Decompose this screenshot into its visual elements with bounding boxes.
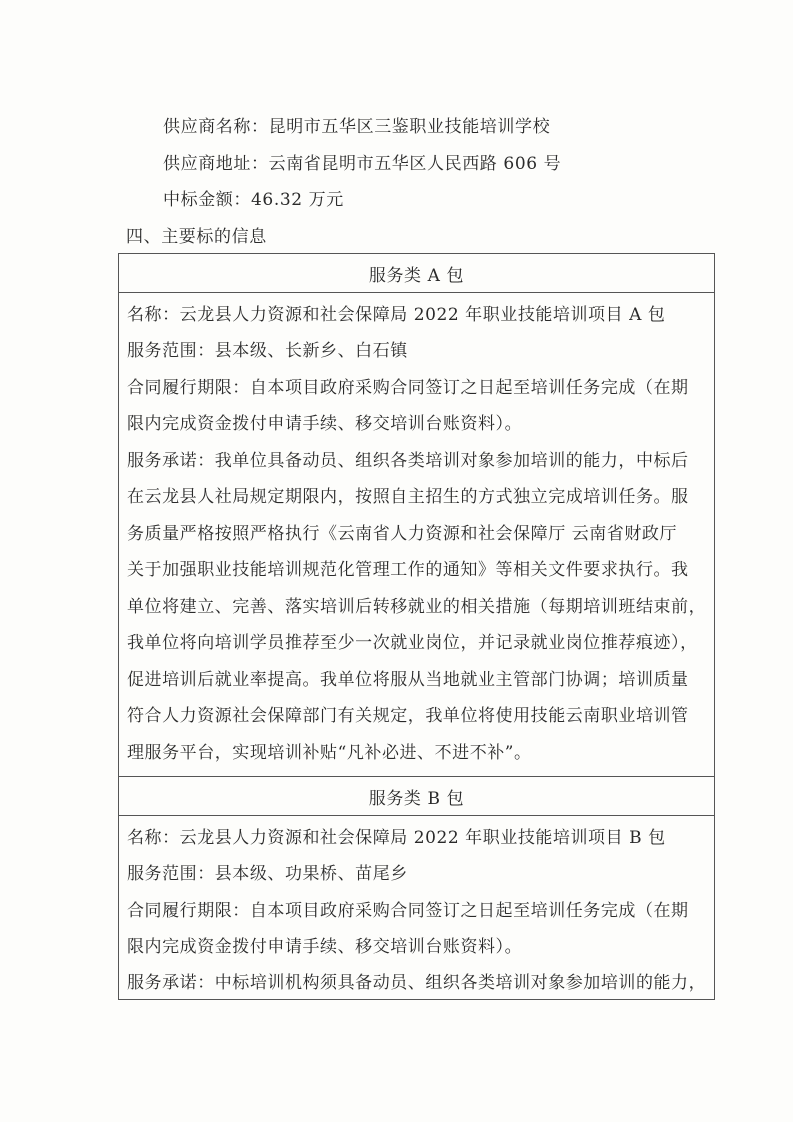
package-b-line: 限内完成资金拨付申请手续、移交培训台账资料）。: [127, 937, 522, 957]
package-a-line: 务质量严格按照严格执行《云南省人力资源和社会保障厅 云南省财政厅: [127, 524, 677, 544]
package-a-line: 合同履行期限：自本项目政府采购合同签订之日起至培训任务完成（在期: [127, 378, 689, 398]
main-subject-table: 服务类 A 包 名称：云龙县人力资源和社会保障局 2022 年职业技能培训项目 …: [118, 253, 715, 1000]
package-a-line: 我单位将向培训学员推荐至少一次就业岗位，并记录就业岗位推荐痕迹），: [127, 633, 698, 653]
package-b-header: 服务类 B 包: [119, 776, 714, 816]
package-a-line: 服务承诺：我单位具备动员、组织各类培训对象参加培训的能力，中标后: [127, 451, 689, 471]
package-a-line: 限内完成资金拨付申请手续、移交培训台账资料）。: [127, 414, 522, 434]
section-title: 四、主要标的信息: [126, 227, 267, 247]
package-a-line: 促进培训后就业率提高。我单位将服从当地就业主管部门协调；培训质量: [127, 670, 689, 690]
package-a-line: 关于加强职业技能培训规范化管理工作的通知》等相关文件要求执行。我: [127, 560, 689, 580]
package-b-line: 服务范围：县本级、功果桥、苗尾乡: [127, 864, 408, 884]
package-a-header: 服务类 A 包: [119, 254, 714, 293]
package-b-line: 服务承诺：中标培训机构须具备动员、组织各类培训对象参加培训的能力，: [127, 973, 706, 993]
package-a-line: 在云龙县人社局规定期限内，按照自主招生的方式独立完成培训任务。服: [127, 487, 689, 507]
package-b-line: 名称：云龙县人力资源和社会保障局 2022 年职业技能培训项目 B 包: [127, 828, 666, 848]
supplier-name: 供应商名称：昆明市五华区三鉴职业技能培训学校: [163, 117, 550, 137]
package-a-line: 理服务平台，实现培训补贴“凡补必进、不进不补”。: [127, 743, 532, 763]
supplier-address: 供应商地址：云南省昆明市五华区人民西路 606 号: [163, 154, 561, 174]
package-a-line: 符合人力资源社会保障部门有关规定，我单位将使用技能云南职业培训管: [127, 706, 689, 726]
package-a-line: 单位将建立、完善、落实培训后转移就业的相关措施（每期培训班结束前，: [127, 597, 706, 617]
package-a-line: 服务范围：县本级、长新乡、白石镇: [127, 341, 408, 361]
package-a-line: 名称：云龙县人力资源和社会保障局 2022 年职业技能培训项目 A 包: [127, 305, 665, 325]
package-b-line: 合同履行期限：自本项目政府采购合同签订之日起至培训任务完成（在期: [127, 901, 689, 921]
winning-amount: 中标金额：46.32 万元: [163, 190, 344, 210]
